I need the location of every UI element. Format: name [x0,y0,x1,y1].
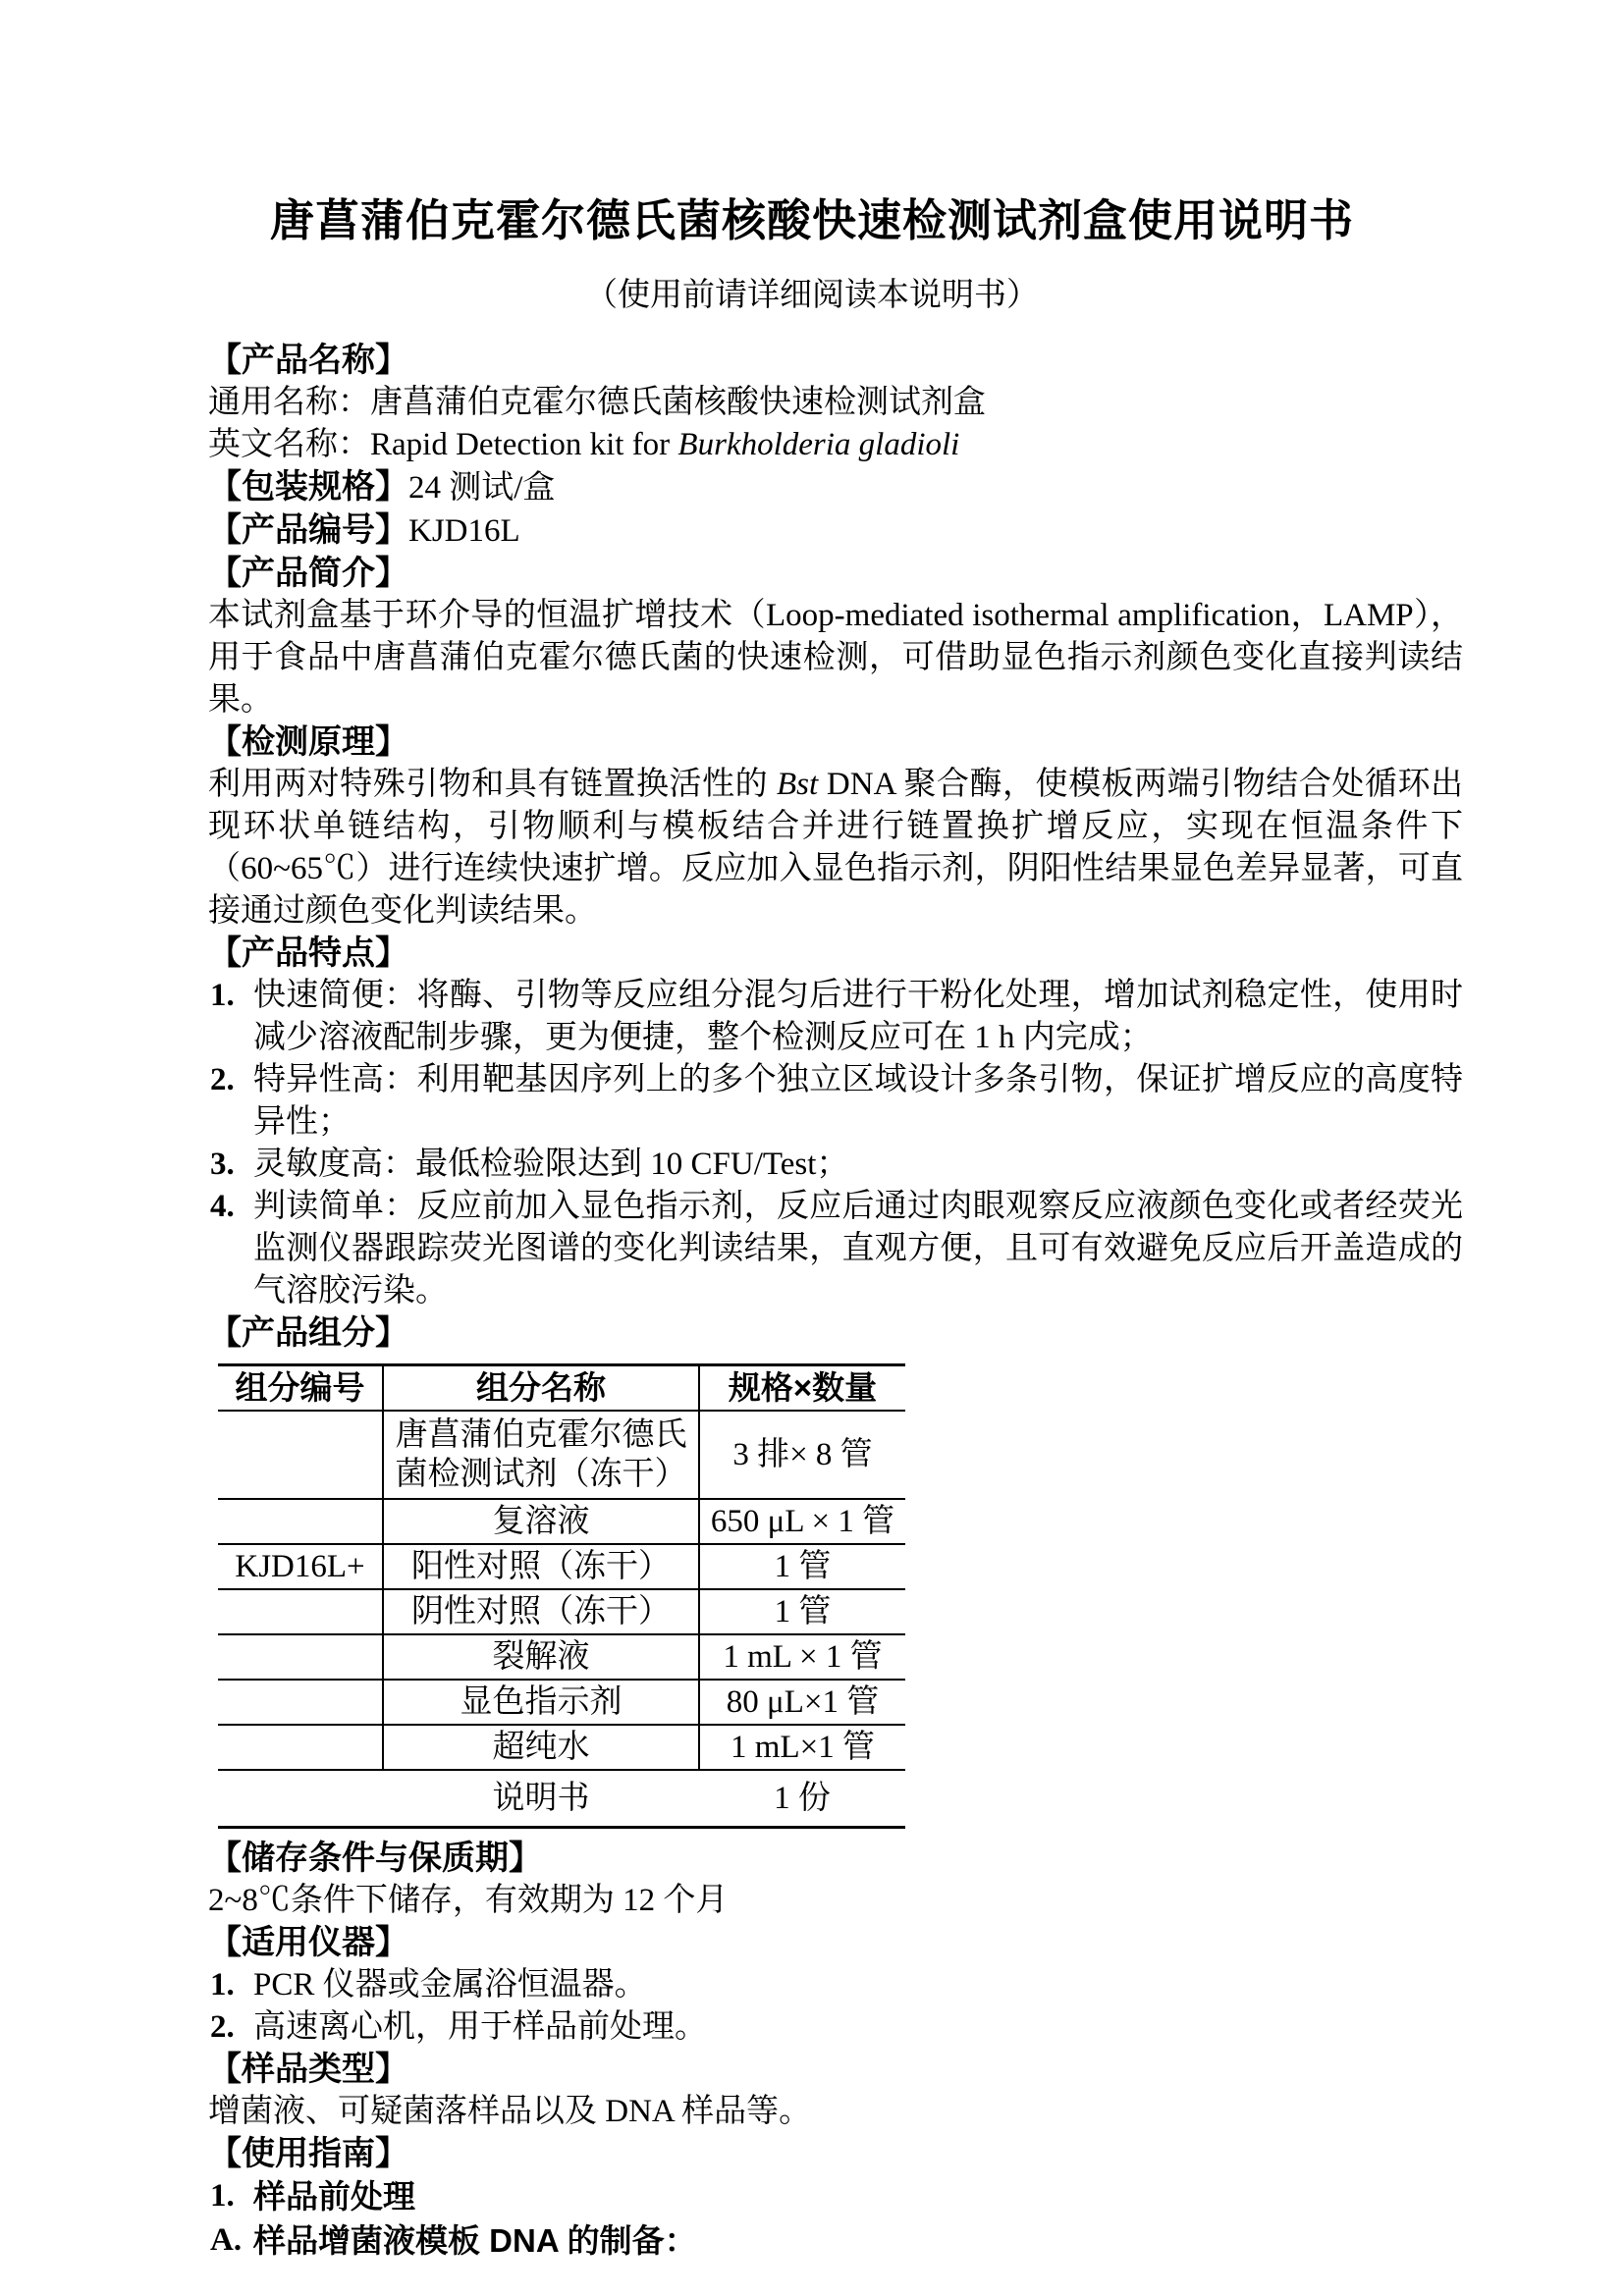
principle-paragraph: 利用两对特殊引物和具有链置换活性的 Bst DNA 聚合酶，使模板两端引物结合处… [208,764,1463,933]
document-page: 唐菖蒲伯克霍尔德氏菌核酸快速检测试剂盒使用说明书 （使用前请详细阅读本说明书） … [0,0,1624,2296]
table-cell-code [218,1589,383,1634]
table-cell-name: 阳性对照（冻干） [383,1544,699,1589]
feature-item-number: 2. [210,1059,235,1101]
table-header-code: 组分编号 [218,1365,383,1412]
usage-guide-item-text: 样品增菌液模板 DNA 的制备： [253,2222,697,2259]
document-body: 【产品名称】 通用名称：唐菖蒲伯克霍尔德氏菌核酸快速检测试剂盒 英文名称：Rap… [208,340,1463,2264]
section-heading-packaging: 【包装规格】 [208,468,408,506]
section-heading-features: 【产品特点】 [208,933,1463,975]
table-cell-spec: 650 μL × 1 管 [699,1499,905,1544]
english-name-species: Burkholderia gladioli [677,427,959,462]
principle-italic-bst: Bst [777,767,818,802]
section-heading-intro: 【产品简介】 [208,553,1463,595]
table-cell-name: 说明书 [383,1770,699,1828]
table-cell-code [218,1634,383,1680]
instrument-item: 2.高速离心机，用于样品前处理。 [208,2006,1463,2049]
section-heading-usage-guide: 【使用指南】 [208,2133,1463,2175]
table-row: 唐菖蒲伯克霍尔德氏菌检测试剂（冻干） 3 排× 8 管 [218,1411,905,1499]
generic-name-line: 通用名称：唐菖蒲伯克霍尔德氏菌核酸快速检测试剂盒 [208,382,1463,424]
title-block: 唐菖蒲伯克霍尔德氏菌核酸快速检测试剂盒使用说明书 （使用前请详细阅读本说明书） [0,0,1624,316]
table-cell-code [218,1680,383,1725]
feature-item-text: 灵敏度高：最低检验限达到 10 CFU/Test； [253,1147,848,1182]
feature-item-text: 快速简便：将酶、引物等反应组分混匀后进行干粉化处理，增加试剂稳定性，使用时减少溶… [253,978,1463,1055]
doc-title: 唐菖蒲伯克霍尔德氏菌核酸快速检测试剂盒使用说明书 [0,194,1624,247]
table-cell-spec: 80 μL×1 管 [699,1680,905,1725]
english-name-line: 英文名称：Rapid Detection kit for Burkholderi… [208,424,1463,466]
storage-text: 2~8℃条件下储存，有效期为 12 个月 [208,1880,1463,1922]
table-cell-code [218,1770,383,1828]
instrument-item-number: 1. [210,1964,235,2006]
table-cell-code [218,1725,383,1770]
table-row: 显色指示剂 80 μL×1 管 [218,1680,905,1725]
components-table: 组分编号 组分名称 规格×数量 唐菖蒲伯克霍尔德氏菌检测试剂（冻干） 3 排× … [218,1363,905,1829]
section-heading-principle: 【检测原理】 [208,721,1463,764]
table-row: 复溶液 650 μL × 1 管 [218,1499,905,1544]
usage-guide-item-number: A. [210,2219,242,2262]
feature-item: 3.灵敏度高：最低检验限达到 10 CFU/Test； [208,1144,1463,1186]
table-cell-name: 显色指示剂 [383,1680,699,1725]
instrument-item-number: 2. [210,2006,235,2049]
table-row: KJD16L+ 阳性对照（冻干） 1 管 [218,1544,905,1589]
feature-item-text: 特异性高：利用靶基因序列上的多个独立区域设计多条引物，保证扩增反应的高度特异性； [253,1062,1463,1140]
packaging-value: 24 测试/盒 [408,470,555,506]
table-row: 超纯水 1 mL×1 管 [218,1725,905,1770]
table-header-spec: 规格×数量 [699,1365,905,1412]
table-cell-spec: 3 排× 8 管 [699,1411,905,1499]
intro-paragraph: 本试剂盒基于环介导的恒温扩增技术（Loop-mediated isotherma… [208,595,1463,721]
instrument-item-text: 高速离心机，用于样品前处理。 [253,2009,707,2045]
doc-subtitle: （使用前请详细阅读本说明书） [0,275,1624,316]
table-cell-spec: 1 mL×1 管 [699,1725,905,1770]
instrument-item: 1.PCR 仪器或金属浴恒温器。 [208,1964,1463,2006]
feature-item-number: 3. [210,1144,235,1186]
table-cell-name: 唐菖蒲伯克霍尔德氏菌检测试剂（冻干） [383,1411,699,1499]
feature-item-number: 4. [210,1186,235,1228]
feature-item-number: 1. [210,975,235,1017]
principle-text-before: 利用两对特殊引物和具有链置换活性的 [208,767,777,802]
table-cell-spec: 1 mL × 1 管 [699,1634,905,1680]
table-cell-spec: 1 管 [699,1544,905,1589]
table-cell-name: 裂解液 [383,1634,699,1680]
section-heading-product-name: 【产品名称】 [208,340,1463,382]
packaging-line: 【包装规格】24 测试/盒 [208,466,1463,509]
section-heading-components: 【产品组分】 [208,1312,1463,1355]
section-heading-storage: 【储存条件与保质期】 [208,1838,1463,1880]
product-code-value: KJD16L [408,513,520,549]
section-heading-sample-types: 【样品类型】 [208,2049,1463,2091]
product-code-line: 【产品编号】KJD16L [208,509,1463,553]
sample-types-text: 增菌液、可疑菌落样品以及 DNA 样品等。 [208,2091,1463,2133]
usage-guide-item-text: 样品前处理 [253,2178,415,2215]
table-cell-name: 超纯水 [383,1725,699,1770]
section-heading-product-code: 【产品编号】 [208,511,408,549]
table-header-name: 组分名称 [383,1365,699,1412]
usage-guide-item: 1.样品前处理 [208,2175,1463,2219]
table-row: 阴性对照（冻干） 1 管 [218,1589,905,1634]
table-cell-code [218,1499,383,1544]
feature-item: 4.判读简单：反应前加入显色指示剂，反应后通过肉眼观察反应液颜色变化或者经荧光监… [208,1186,1463,1312]
instrument-item-text: PCR 仪器或金属浴恒温器。 [253,1967,647,2002]
feature-item-text: 判读简单：反应前加入显色指示剂，反应后通过肉眼观察反应液颜色变化或者经荧光监测仪… [253,1189,1463,1308]
english-name-text: 英文名称：Rapid Detection kit for [208,427,677,462]
section-heading-instruments: 【适用仪器】 [208,1922,1463,1964]
feature-item: 2.特异性高：利用靶基因序列上的多个独立区域设计多条引物，保证扩增反应的高度特异… [208,1059,1463,1144]
table-cell-name: 阴性对照（冻干） [383,1589,699,1634]
table-cell-spec: 1 份 [699,1770,905,1828]
table-cell-spec: 1 管 [699,1589,905,1634]
feature-item: 1.快速简便：将酶、引物等反应组分混匀后进行干粉化处理，增加试剂稳定性，使用时减… [208,975,1463,1059]
usage-guide-item: A.样品增菌液模板 DNA 的制备： [208,2219,1463,2264]
table-row: 裂解液 1 mL × 1 管 [218,1634,905,1680]
table-cell-code: KJD16L+ [218,1544,383,1589]
table-row: 说明书 1 份 [218,1770,905,1828]
table-cell-code [218,1411,383,1499]
table-cell-name: 复溶液 [383,1499,699,1544]
components-table-header-row: 组分编号 组分名称 规格×数量 [218,1365,905,1412]
usage-guide-item-number: 1. [210,2175,235,2217]
